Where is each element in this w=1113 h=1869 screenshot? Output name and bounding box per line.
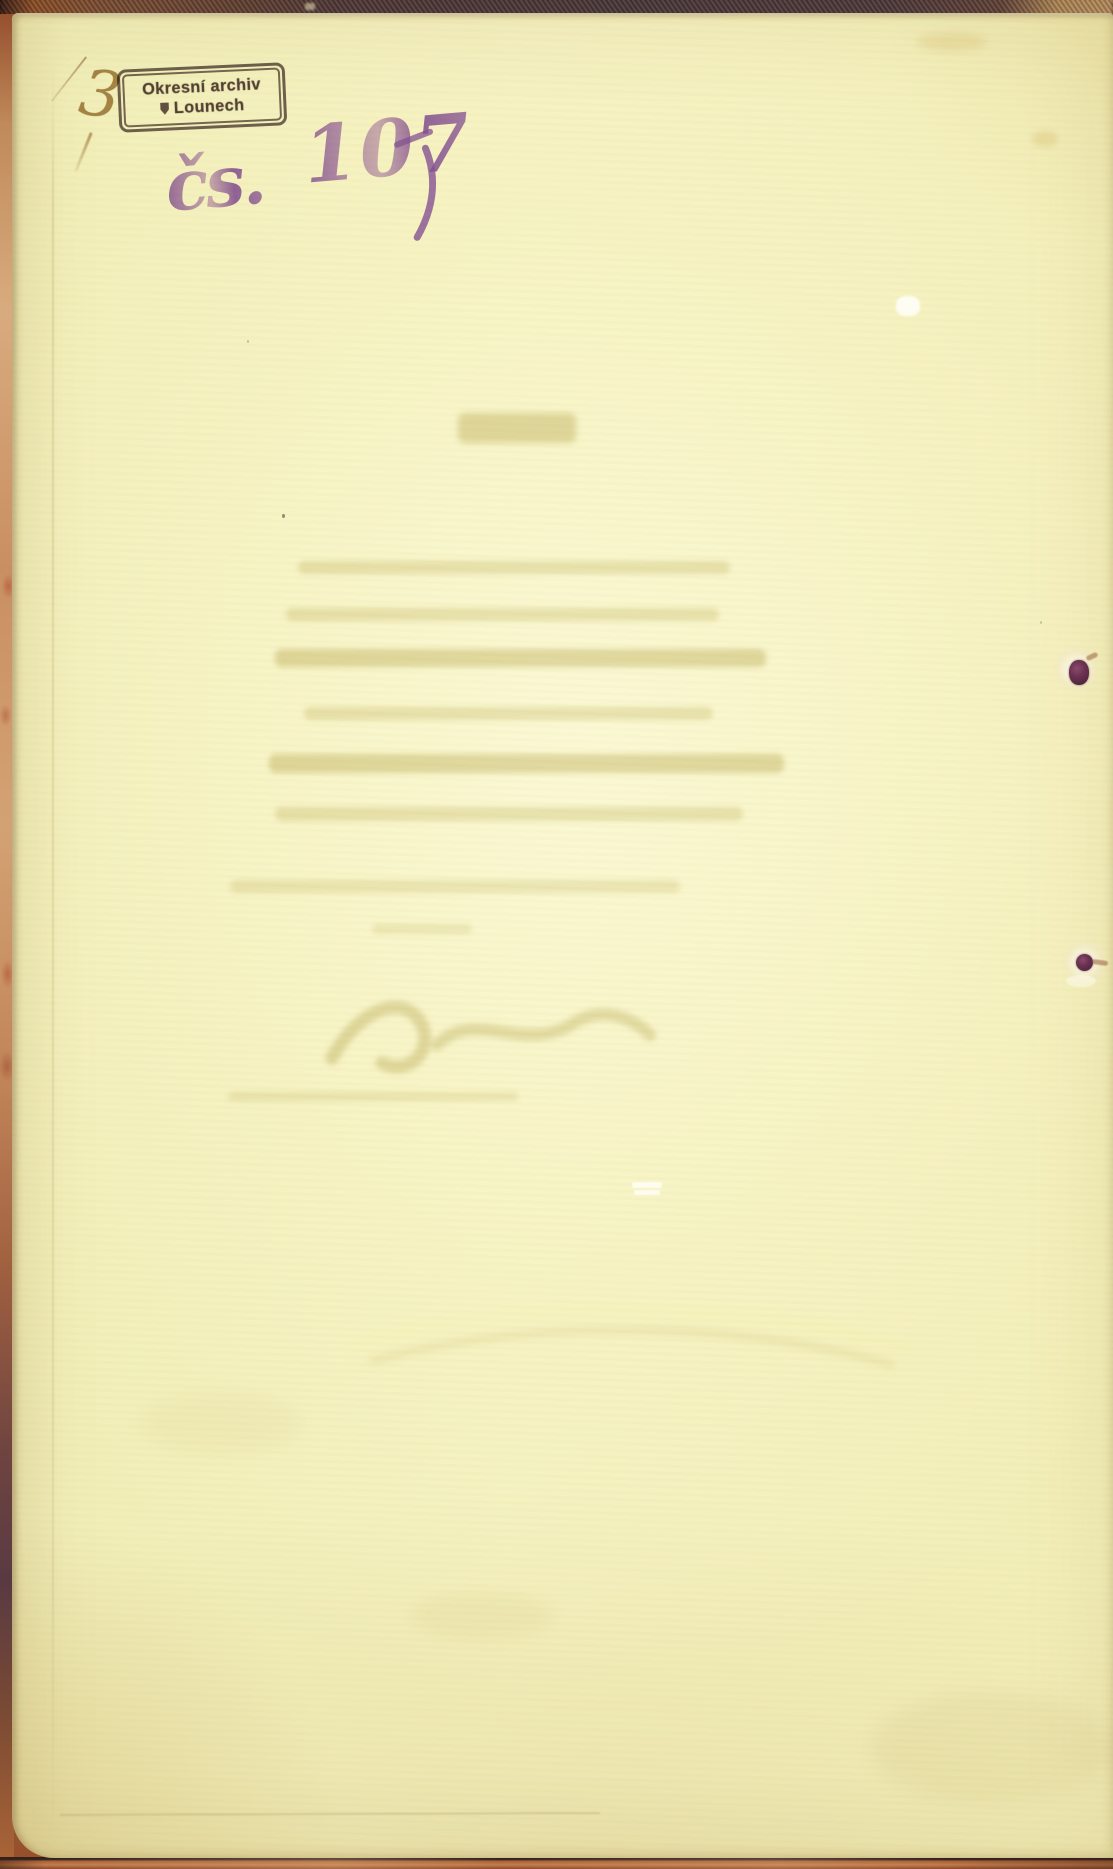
ghost-text-line xyxy=(275,649,766,667)
puncture-hole xyxy=(1069,660,1089,685)
ghost-caption-line xyxy=(228,1092,518,1101)
ghost-text-line xyxy=(286,608,719,621)
handwritten-inscription: čs. 107 xyxy=(130,91,490,281)
inscription-number: 107 xyxy=(300,96,476,201)
white-erasure-mark xyxy=(634,1190,660,1195)
ghost-word xyxy=(372,924,472,934)
ghost-signature xyxy=(262,963,682,1113)
ghost-text-line xyxy=(275,807,743,821)
puncture-hole xyxy=(1076,954,1093,971)
paper-page: Okresní archiv Lounech 3 čs. 107 xyxy=(12,13,1113,1858)
ghost-text-line xyxy=(304,707,713,720)
white-paper-fleck xyxy=(896,296,920,316)
ghost-text-line xyxy=(230,880,680,893)
age-stain xyxy=(142,1393,302,1453)
ghost-wave xyxy=(312,1283,952,1383)
ink-bleed-through-ghost xyxy=(12,13,1113,1858)
ghost-text-line xyxy=(298,561,730,574)
dirt-speck xyxy=(282,514,285,518)
dirt-speck xyxy=(1040,621,1042,624)
white-erasure-mark xyxy=(632,1182,662,1188)
age-stain xyxy=(1032,131,1058,147)
cover-top-fleck xyxy=(305,3,315,10)
ghost-text-line xyxy=(269,754,784,773)
book-cover-edge-bottom xyxy=(0,1857,1113,1869)
puncture-scuff xyxy=(1066,975,1096,987)
age-stain xyxy=(917,33,987,51)
age-stain xyxy=(872,1693,1112,1803)
scanned-document: Okresní archiv Lounech 3 čs. 107 xyxy=(0,0,1113,1869)
inscription-prefix: čs. xyxy=(162,137,266,228)
dirt-speck xyxy=(247,340,249,343)
ghost-title-block xyxy=(458,413,576,443)
age-stain xyxy=(412,1593,552,1639)
